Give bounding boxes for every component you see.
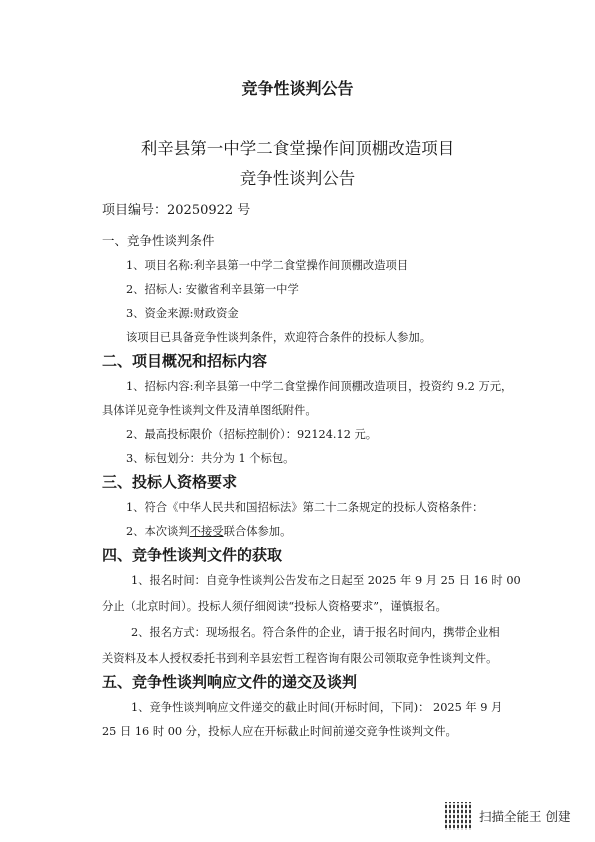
section-1-item: 3、资金来源:财政资金: [126, 305, 239, 321]
section-2-item: 具体详见竞争性谈判文件及清单图纸附件。: [102, 402, 317, 418]
section-4-item: 2、报名方式：现场报名。符合条件的企业，请于报名时间内，携带企业相: [131, 624, 500, 640]
section-2-heading: 二、项目概况和招标内容: [102, 350, 267, 371]
section-3-item: 2、本次谈判不接受联合体参加。: [126, 523, 291, 539]
section-3-heading: 三、投标人资格要求: [102, 471, 237, 492]
project-number: 项目编号：20250922 号: [102, 199, 250, 218]
section-3-item-prefix: 2、本次谈判: [126, 525, 190, 538]
section-1-heading: 一、竞争性谈判条件: [102, 231, 215, 249]
section-1-item: 该项目已具备竞争性谈判条件，欢迎符合条件的投标人参加。: [126, 329, 431, 345]
scanner-watermark: 扫描全能王 创建: [445, 802, 570, 830]
watermark-text: 扫描全能王 创建: [479, 807, 570, 825]
section-2-item: 2、最高投标限价（招标控制价）：92124.12 元。: [126, 426, 377, 442]
section-5-heading: 五、竞争性谈判响应文件的递交及谈判: [102, 671, 357, 692]
section-1-item: 1、项目名称:利辛县第一中学二食堂操作间顶棚改造项目: [126, 257, 408, 273]
section-5-item: 1、竞争性谈判响应文件递交的截止时间(开标时间，下同)： 2025 年 9 月: [131, 699, 502, 715]
section-3-item-suffix: 联合体参加。: [224, 525, 292, 538]
qr-code-icon: [445, 802, 473, 830]
section-4-item: 分止（北京时间）。投标人须仔细阅读“投标人资格要求”，谨慎报名。: [102, 598, 447, 614]
project-title: 利辛县第一中学二食堂操作间顶棚改造项目: [0, 135, 595, 159]
section-3-item: 1、符合《中华人民共和国招标法》第二十二条规定的投标人资格条件：: [126, 499, 483, 515]
section-5-item: 25 日 16 时 00 分，投标人应在开标截止时间前递交竞争性谈判文件。: [102, 723, 457, 739]
section-4-heading: 四、竞争性谈判文件的获取: [102, 544, 282, 565]
section-2-item: 1、招标内容:利辛县第一中学二食堂操作间顶棚改造项目，投资约 9.2 万元，: [126, 378, 512, 394]
underlined-emphasis: 不接受: [190, 525, 224, 538]
section-4-item: 关资料及本人授权委托书到利辛县宏哲工程咨询有限公司领取竞争性谈判文件。: [102, 650, 497, 666]
section-4-item: 1、报名时间：自竞争性谈判公告发布之日起至 2025 年 9 月 25 日 16…: [131, 572, 521, 588]
project-subtitle: 竞争性谈判公告: [0, 165, 595, 189]
section-2-item: 3、标包划分：共分为 1 个标包。: [126, 450, 294, 466]
document-header-title: 竞争性谈判公告: [0, 76, 595, 99]
section-1-item: 2、招标人: 安徽省利辛县第一中学: [126, 281, 299, 297]
